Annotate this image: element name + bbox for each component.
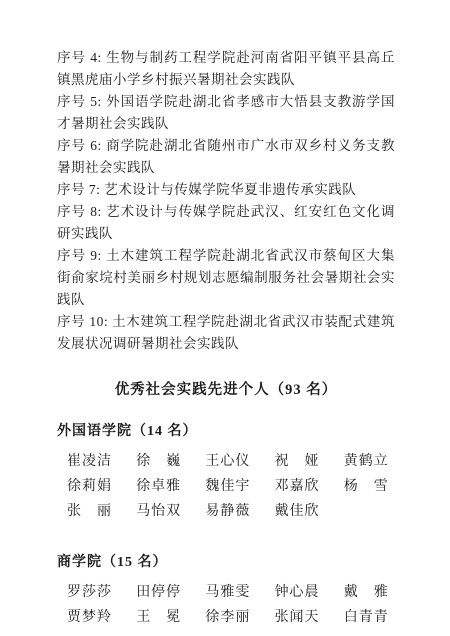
person-name: 马怡双 bbox=[136, 499, 205, 524]
person-name: 徐卓雅 bbox=[136, 474, 205, 499]
section-heading-advanced-individuals: 优秀社会实践先进个人（93 名） bbox=[57, 379, 395, 401]
person-name: 钟心晨 bbox=[275, 580, 344, 605]
person-name: 祝 娅 bbox=[275, 449, 344, 474]
person-name: 贾梦羚 bbox=[67, 605, 136, 630]
numbered-team-list: 序号 4: 生物与制药工程学院赴河南省阳平镇平县高丘镇黑虎庙小学乡村振兴暑期社会… bbox=[57, 47, 395, 355]
list-item-seq5: 序号 5: 外国语学院赴湖北省孝感市大悟县支教游学国才暑期社会实践队 bbox=[57, 91, 395, 135]
person-name: 罗莎莎 bbox=[67, 580, 136, 605]
person-name: 王 冕 bbox=[136, 605, 205, 630]
person-name: 张 丽 bbox=[67, 499, 136, 524]
person-name: 白青青 bbox=[344, 605, 413, 630]
person-name: 黄鹤立 bbox=[344, 449, 413, 474]
person-name: 马雅雯 bbox=[205, 580, 274, 605]
person-name: 戴 雅 bbox=[344, 580, 413, 605]
list-item-seq10: 序号 10: 土木建筑工程学院赴湖北省武汉市装配式建筑发展状况调研暑期社会实践队 bbox=[57, 311, 395, 355]
person-name: 魏佳宇 bbox=[205, 474, 274, 499]
college-title-foreign-languages: 外国语学院（14 名） bbox=[57, 421, 395, 443]
list-item-seq4: 序号 4: 生物与制药工程学院赴河南省阳平镇平县高丘镇黑虎庙小学乡村振兴暑期社会… bbox=[57, 47, 395, 91]
college-section-business: 商学院（15 名） 罗莎莎 田停停 马雅雯 钟心晨 戴 雅 贾梦羚 王 冕 徐李… bbox=[57, 552, 395, 630]
person-name: 徐 巍 bbox=[136, 449, 205, 474]
person-name: 张闻天 bbox=[275, 605, 344, 630]
person-name: 杨 雪 bbox=[344, 474, 413, 499]
person-name: 崔凌洁 bbox=[67, 449, 136, 474]
person-name: 王心仪 bbox=[205, 449, 274, 474]
person-name: 戴佳欣 bbox=[275, 499, 344, 524]
person-name: 易静薇 bbox=[205, 499, 274, 524]
person-name: 徐莉娟 bbox=[67, 474, 136, 499]
names-grid-foreign-languages: 崔凌洁 徐 巍 王心仪 祝 娅 黄鹤立 徐莉娟 徐卓雅 魏佳宇 邓嘉欣 杨 雪 … bbox=[67, 449, 413, 524]
document-page: 序号 4: 生物与制药工程学院赴河南省阳平镇平县高丘镇黑虎庙小学乡村振兴暑期社会… bbox=[0, 0, 450, 636]
person-name: 邓嘉欣 bbox=[275, 474, 344, 499]
college-title-business: 商学院（15 名） bbox=[57, 552, 395, 574]
list-item-seq6: 序号 6: 商学院赴湖北省随州市广水市双乡村义务支教暑期社会实践队 bbox=[57, 135, 395, 179]
college-section-foreign-languages: 外国语学院（14 名） 崔凌洁 徐 巍 王心仪 祝 娅 黄鹤立 徐莉娟 徐卓雅 … bbox=[57, 421, 395, 524]
person-name: 徐李丽 bbox=[205, 605, 274, 630]
names-grid-business: 罗莎莎 田停停 马雅雯 钟心晨 戴 雅 贾梦羚 王 冕 徐李丽 张闻天 白青青 bbox=[67, 580, 413, 630]
list-item-seq7: 序号 7: 艺术设计与传媒学院华夏非遗传承实践队 bbox=[57, 179, 395, 201]
person-name: 田停停 bbox=[136, 580, 205, 605]
list-item-seq8: 序号 8: 艺术设计与传媒学院赴武汉、红安红色文化调研实践队 bbox=[57, 201, 395, 245]
list-item-seq9: 序号 9: 土木建筑工程学院赴湖北省武汉市蔡甸区大集街俞家垸村美丽乡村规划志愿编… bbox=[57, 245, 395, 311]
